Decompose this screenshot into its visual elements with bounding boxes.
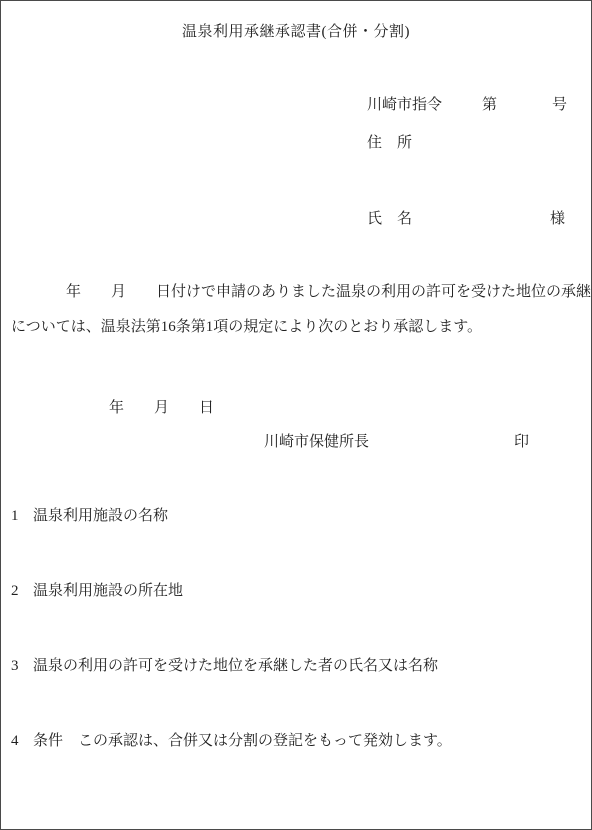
list-item: 3 温泉の利用の許可を受けた地位を承継した者の氏名又は名称 — [11, 657, 438, 675]
address-label: 住 所 — [367, 134, 412, 152]
list-item-text: 温泉の利用の許可を受けた地位を承継した者の氏名又は名称 — [33, 657, 438, 675]
list-item-text: 条件 この承認は、合併又は分割の登記をもって発効します。 — [33, 732, 452, 750]
list-item-number: 1 — [11, 507, 33, 525]
list-item-text: 温泉利用施設の名称 — [33, 507, 168, 525]
list-item: 2 温泉利用施設の所在地 — [11, 582, 183, 600]
document-page: 温泉利用承継承認書(合併・分割) 川崎市指令 第 号 住 所 氏 名 様 年 月… — [0, 0, 592, 830]
list-item: 4 条件 この承認は、合併又は分割の登記をもって発効します。 — [11, 732, 452, 750]
body-paragraph-line2: については、温泉法第16条第1項の規定により次のとおり承認します。 — [11, 318, 482, 336]
directive-number-go: 号 — [552, 96, 567, 114]
issuer-title: 川崎市保健所長 — [264, 433, 369, 451]
list-item-number: 2 — [11, 582, 33, 600]
list-item-number: 4 — [11, 732, 33, 750]
list-item-number: 3 — [11, 657, 33, 675]
date-line: 年 月 日 — [109, 399, 214, 417]
directive-number-dai: 第 — [482, 96, 497, 114]
seal-mark: 印 — [514, 433, 529, 451]
document-title: 温泉利用承継承認書(合併・分割) — [1, 23, 591, 41]
list-item: 1 温泉利用施設の名称 — [11, 507, 168, 525]
list-item-text: 温泉利用施設の所在地 — [33, 582, 183, 600]
directive-number-prefix: 川崎市指令 — [367, 96, 442, 114]
name-label: 氏 名 — [367, 210, 412, 228]
honorific-sama: 様 — [550, 210, 565, 228]
body-paragraph-line1: 年 月 日付けで申請のありました温泉の利用の許可を受けた地位の承継 — [66, 283, 591, 301]
